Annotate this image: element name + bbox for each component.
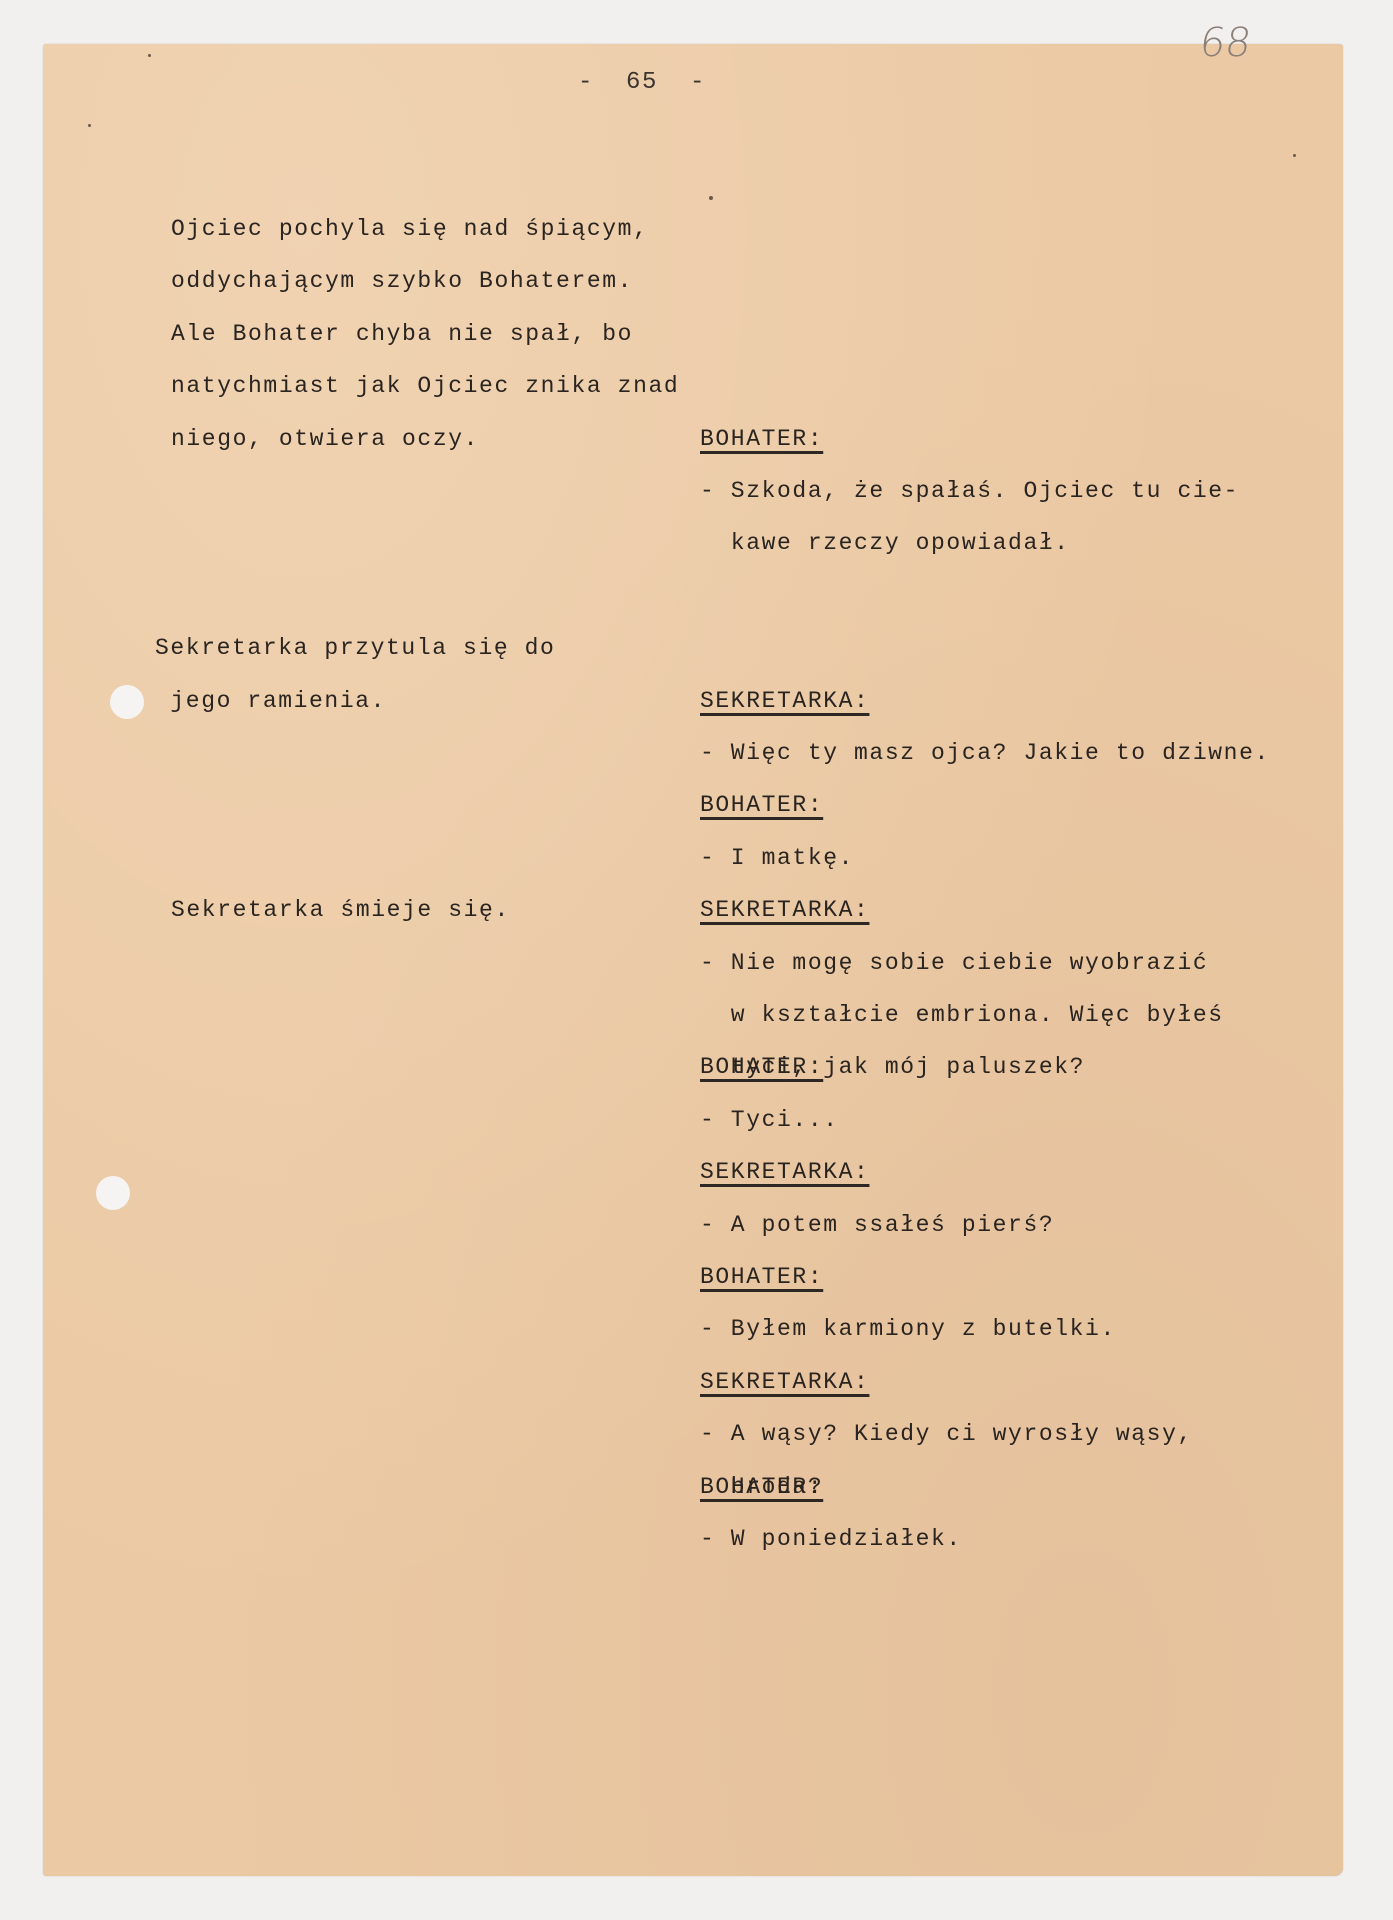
dialogue-line: w kształcie embriona. Więc byłeś xyxy=(700,1004,1224,1027)
dialogue-line: - Więc ty masz ojca? Jakie to dziwne. xyxy=(700,742,1270,765)
dialogue-line: - A potem ssałeś pierś? xyxy=(700,1214,1054,1237)
speaker-name: BOHATER: xyxy=(700,1476,823,1499)
stage-direction-line: jego ramienia. xyxy=(155,690,386,713)
speaker-name: BOHATER: xyxy=(700,428,823,451)
dialogue-line: - I matkę. xyxy=(700,847,854,870)
speaker-name: SEKRETARKA: xyxy=(700,899,869,922)
speaker-name: BOHATER: xyxy=(700,1056,823,1079)
archive-page-number: 68 xyxy=(1197,20,1254,66)
dialogue-line: kawe rzeczy opowiadał. xyxy=(700,532,1070,555)
dialogue-line: - Nie mogę sobie ciebie wyobrazić xyxy=(700,952,1208,975)
paper-speck xyxy=(148,54,151,57)
speaker-name: BOHATER: xyxy=(700,1266,823,1289)
dialogue-line: - Byłem karmiony z butelki. xyxy=(700,1318,1116,1341)
punch-hole-upper xyxy=(110,685,144,719)
stage-direction-line: Ojciec pochyla się nad śpiącym, xyxy=(171,218,648,241)
paper-speck xyxy=(1293,154,1296,157)
dialogue-line: - W poniedziałek. xyxy=(700,1528,962,1551)
speaker-name: BOHATER: xyxy=(700,794,823,817)
punch-hole-lower xyxy=(96,1176,130,1210)
speaker-name: SEKRETARKA: xyxy=(700,1161,869,1184)
speaker-name: SEKRETARKA: xyxy=(700,690,869,713)
dialogue-line: - Tyci... xyxy=(700,1109,839,1132)
dialogue-line: - Szkoda, że spałaś. Ojciec tu cie- xyxy=(700,480,1239,503)
dialogue-line: - A wąsy? Kiedy ci wyrosły wąsy, xyxy=(700,1423,1193,1446)
stage-direction-line: Sekretarka śmieje się. xyxy=(171,899,510,922)
stage-direction-line: Sekretarka przytula się do xyxy=(155,637,555,660)
stage-direction-line: niego, otwiera oczy. xyxy=(171,428,479,451)
paper-speck xyxy=(709,196,713,200)
paper-speck xyxy=(88,124,91,127)
speaker-name: SEKRETARKA: xyxy=(700,1371,869,1394)
stage-direction-line: natychmiast jak Ojciec znika znad xyxy=(171,375,679,398)
page-number: - 65 - xyxy=(578,71,706,95)
stage-direction-line: Ale Bohater chyba nie spał, bo xyxy=(171,323,633,346)
stage-direction-line: oddychającym szybko Bohaterem. xyxy=(171,270,633,293)
